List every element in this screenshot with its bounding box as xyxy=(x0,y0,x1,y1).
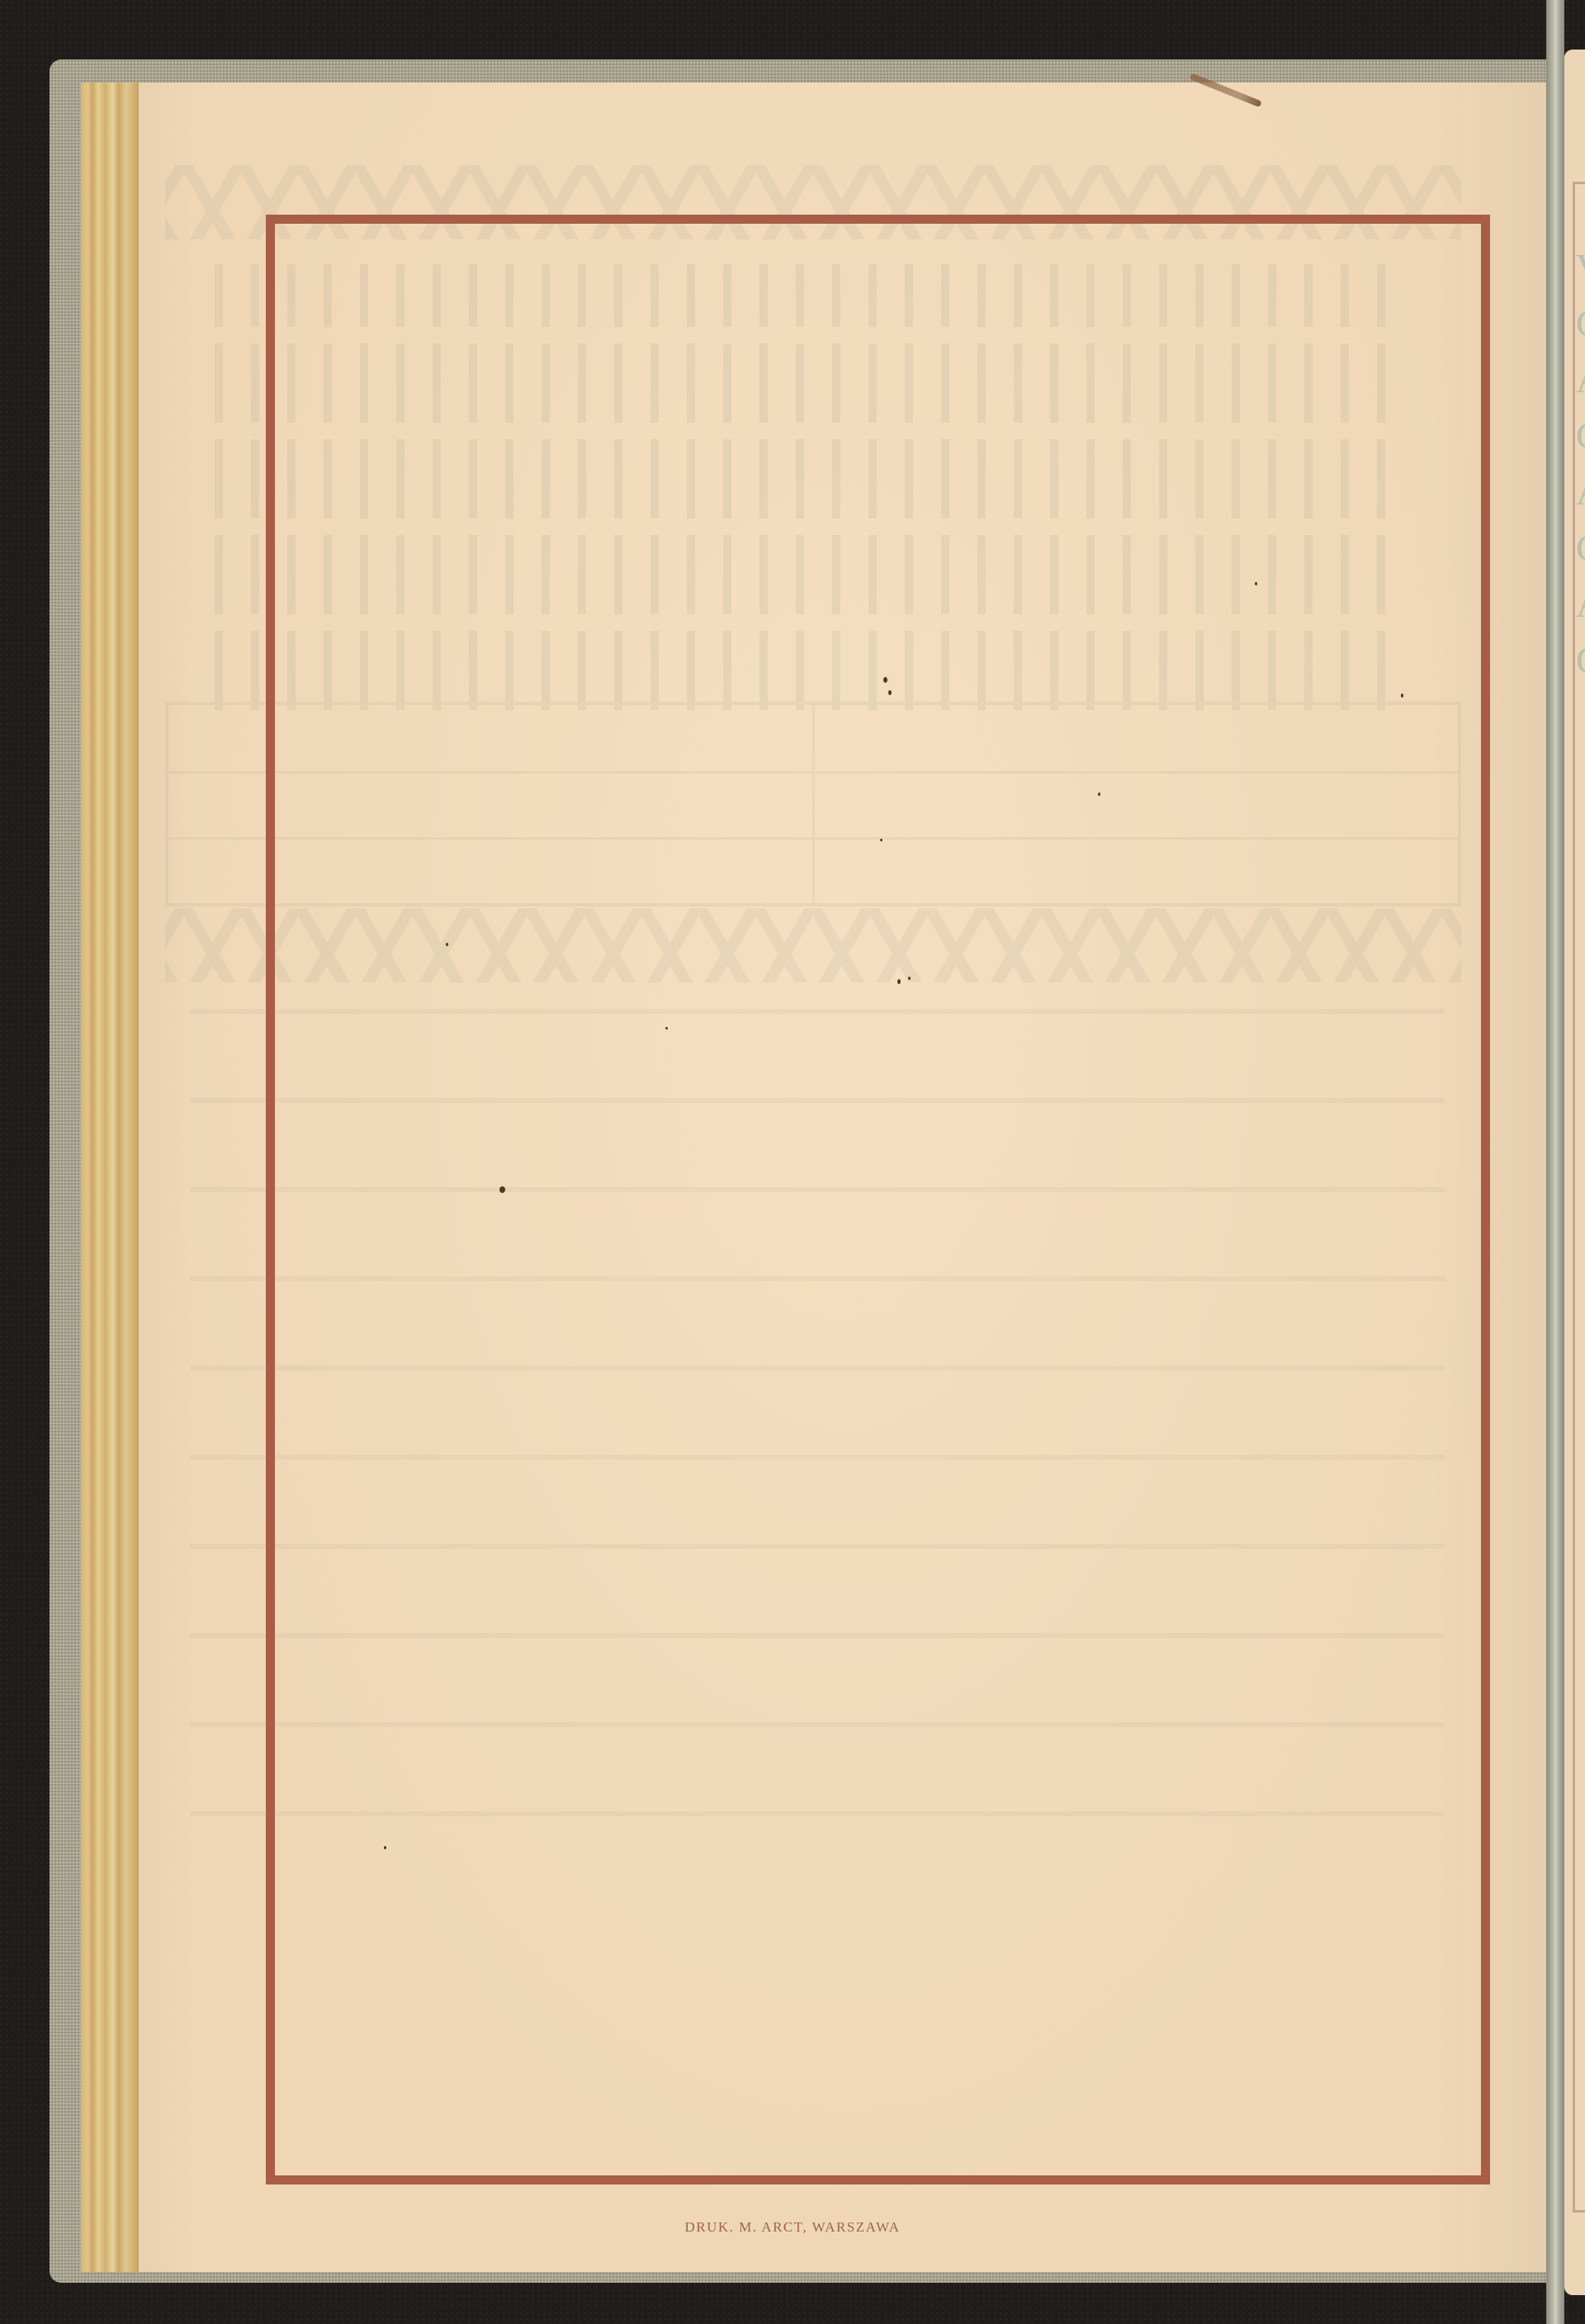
foxing-speck xyxy=(384,1846,386,1849)
foxing-speck xyxy=(446,943,448,946)
foxing-speck xyxy=(665,1027,668,1029)
foxing-speck xyxy=(897,979,901,984)
foxing-speck xyxy=(1098,793,1100,796)
foxing-speck xyxy=(908,977,911,980)
foxing-speck xyxy=(883,677,887,683)
printed-border-frame xyxy=(266,215,1490,2184)
next-page-edge: VCACACAC xyxy=(1564,50,1585,2295)
foxing-speck xyxy=(499,1186,505,1193)
foxing-speck xyxy=(1255,582,1257,585)
foxing-speck xyxy=(880,839,882,841)
foxing-speck xyxy=(888,690,892,695)
binding-gutter xyxy=(1546,0,1564,2324)
gilded-page-edges xyxy=(81,83,140,2272)
next-page-letters: VCACACAC xyxy=(1576,239,1585,689)
foxing-speck xyxy=(1401,693,1403,698)
printer-imprint: DRUK. M. ARCT, WARSZAWA xyxy=(0,2219,1585,2236)
